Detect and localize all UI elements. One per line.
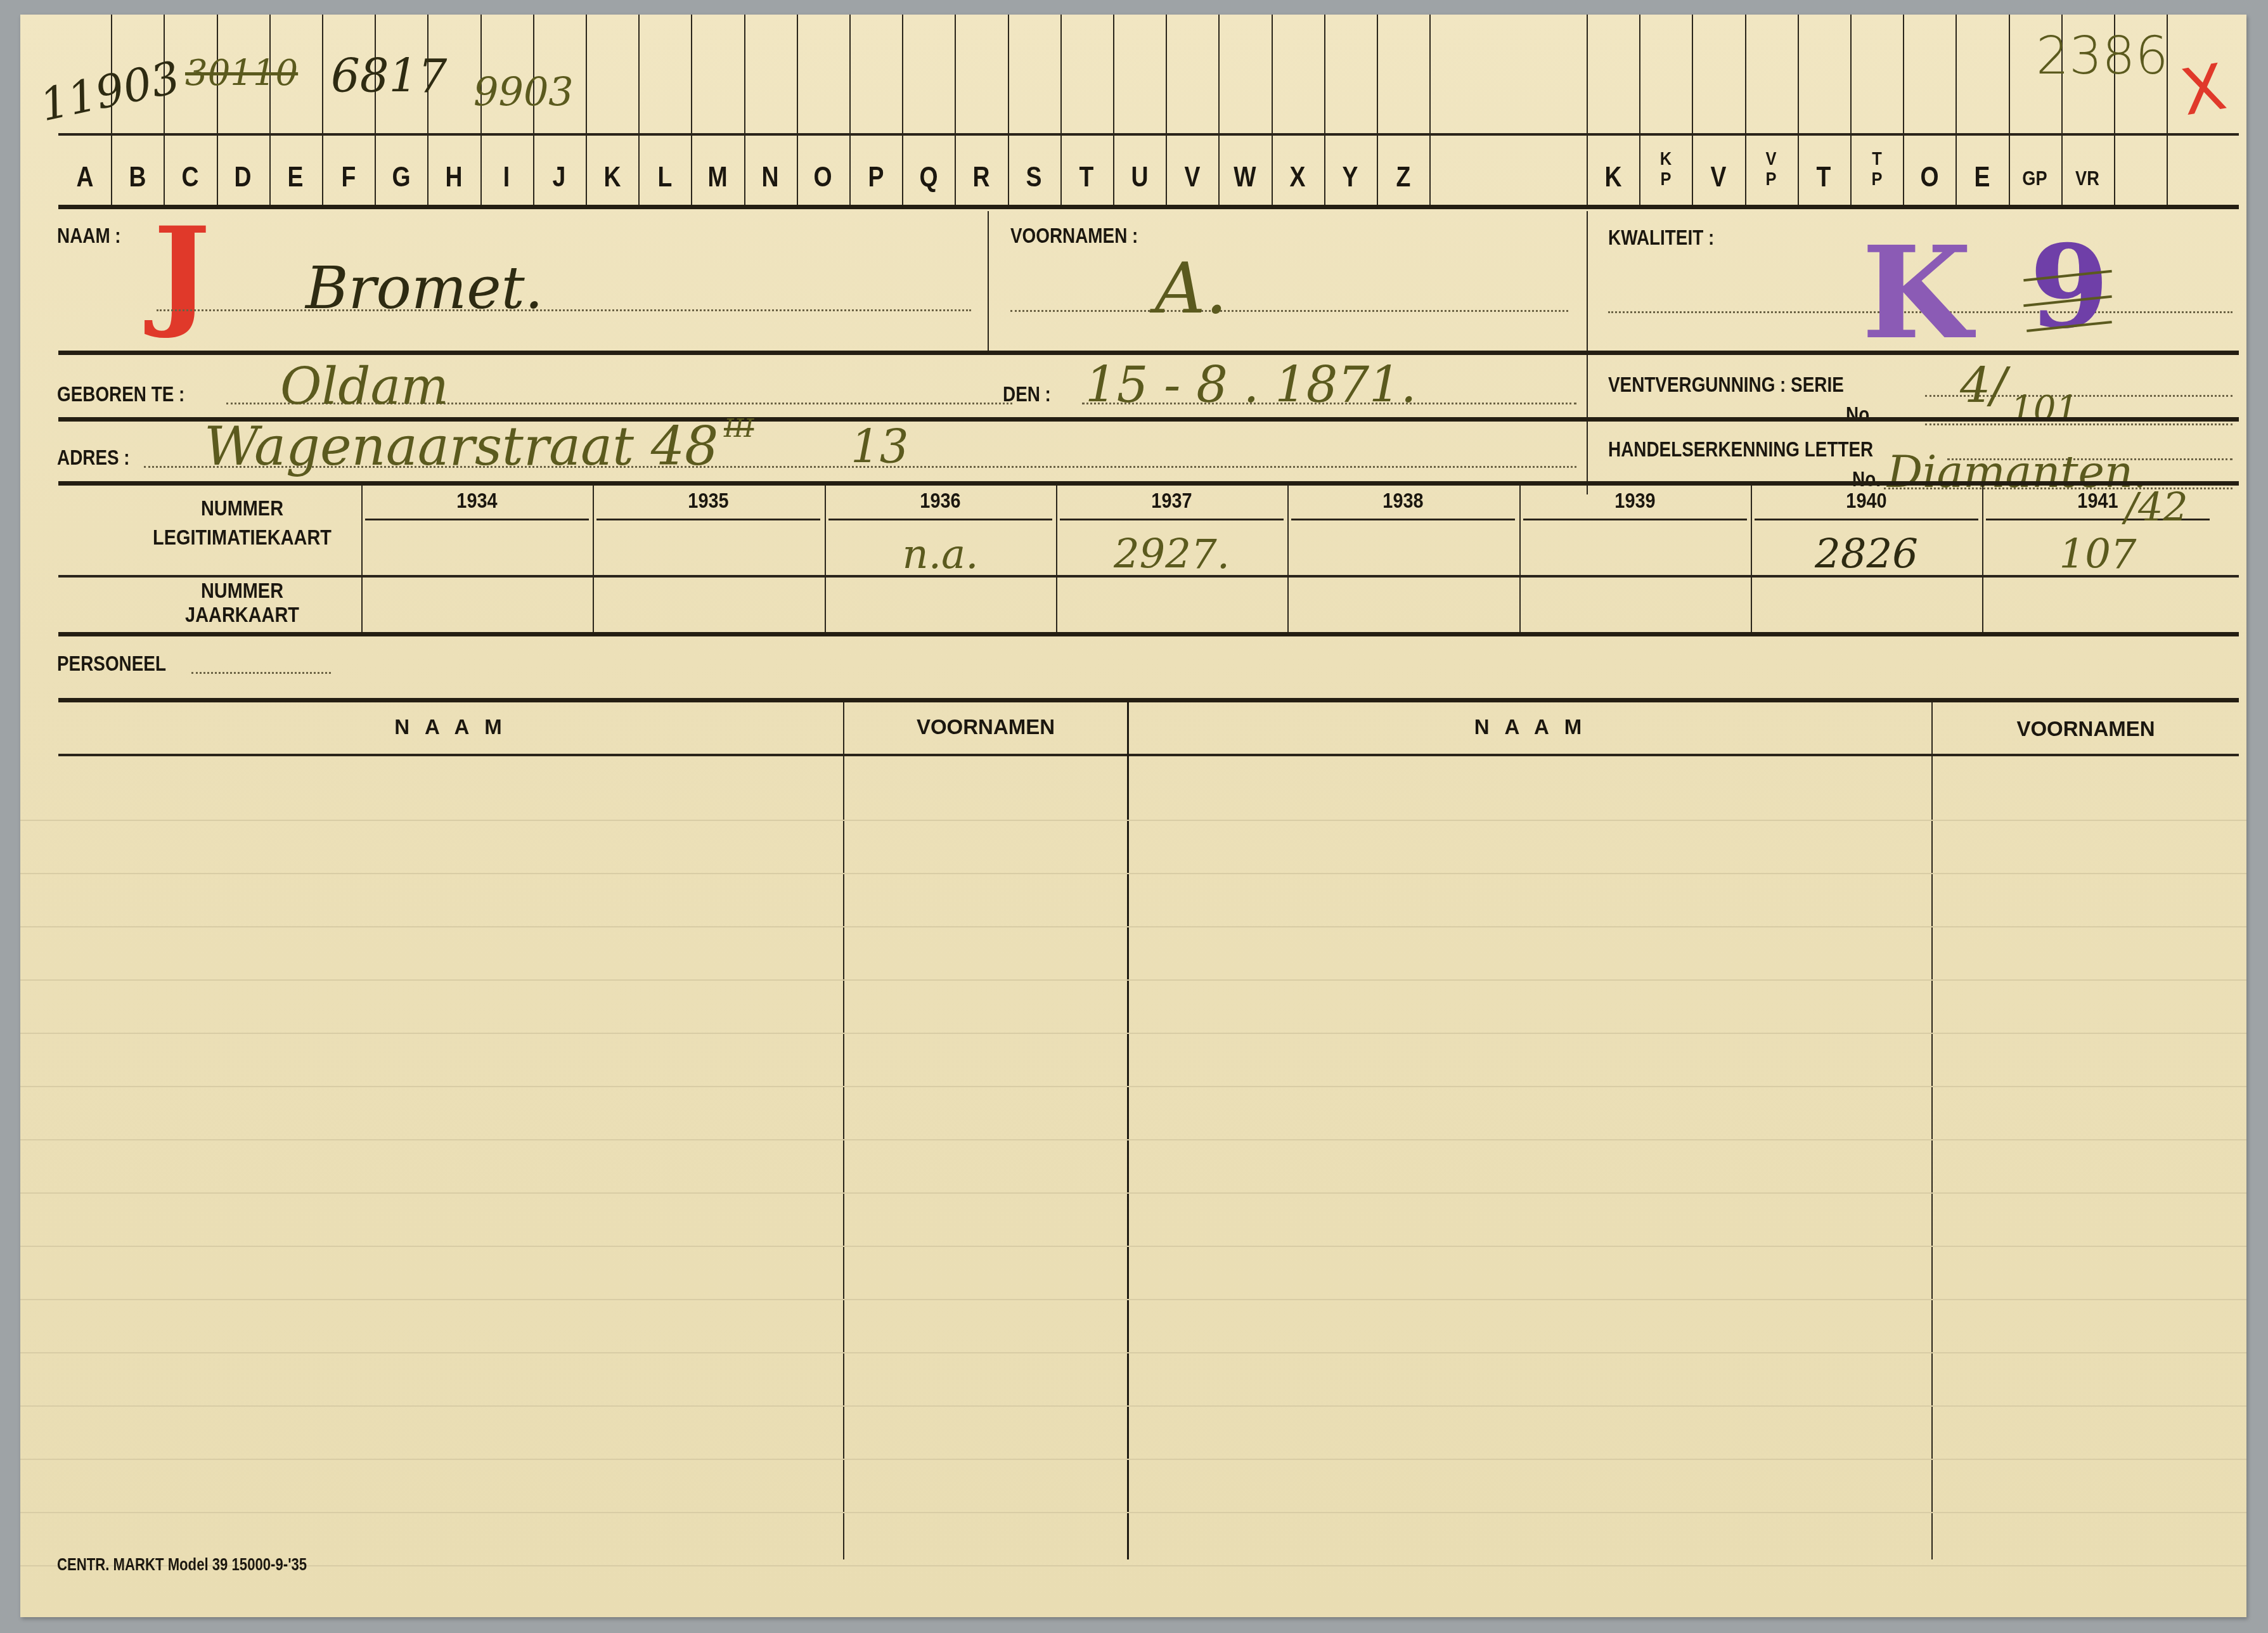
ruled-line [20, 820, 2246, 821]
year-table-bottom-line [58, 632, 2239, 636]
category-tab-top: V [1749, 149, 1793, 169]
tab-column-line [1218, 15, 1220, 205]
geboren-te-field: Oldam [280, 357, 449, 416]
adres-bottom-line [58, 481, 2239, 486]
naam-field: Bromet. [306, 254, 543, 322]
year-header-underline [1060, 519, 1284, 520]
tab-column-line [1745, 15, 1746, 205]
tab-column-line [1008, 15, 1009, 205]
tab-column-line [1587, 15, 1588, 205]
alphabet-tab-t[interactable]: T [1065, 162, 1108, 193]
alphabet-tab-x[interactable]: X [1276, 162, 1319, 193]
registration-card: 11903 30110 6817 9903 2386 X ABCDEFGHIJK… [20, 15, 2246, 1617]
tab-column-line [955, 15, 956, 205]
naam-line [157, 309, 971, 311]
tab-column-line [849, 15, 851, 205]
handwritten-number-4: 9903 [474, 68, 574, 115]
kwaliteit-stamp-9: 9 [2030, 224, 2109, 351]
ruled-line [20, 1192, 2246, 1194]
personnel-col-divider-3 [1931, 702, 1933, 1559]
tab-column-line [269, 15, 271, 205]
tab-column-line [1377, 15, 1378, 205]
legitimatiekaart-label-1: NUMMER [110, 496, 375, 521]
ruled-line [20, 1459, 2246, 1460]
tab-column-line [1850, 15, 1852, 205]
ruled-line [20, 1352, 2246, 1353]
year-header-1938: 1938 [1305, 489, 1501, 513]
alphabet-tab-v[interactable]: V [1171, 162, 1214, 193]
tab-column-line [1639, 15, 1640, 205]
alphabet-tab-a[interactable]: A [63, 162, 106, 193]
alphabet-tab-r[interactable]: R [960, 162, 1003, 193]
category-tab-top: O [1908, 162, 1951, 193]
ruled-line [20, 926, 2246, 927]
tab-column-line [2009, 15, 2010, 205]
ruled-line [20, 1565, 2246, 1566]
ruled-line [20, 873, 2246, 874]
alphabet-tab-d[interactable]: D [221, 162, 264, 193]
naam-bottom-line [58, 351, 2239, 355]
personnel-header-voornamen-1: VOORNAMEN [844, 715, 1127, 739]
tab-bottom-line [58, 205, 2239, 209]
tab-column-line [1166, 15, 1167, 205]
personnel-col-divider-2 [1127, 702, 1129, 1559]
tab-column-line [1903, 15, 1904, 205]
personeel-line [191, 672, 331, 674]
personnel-table-top-line [58, 698, 2239, 702]
category-tab-top: GP [2013, 167, 2056, 190]
year-col-line [1519, 486, 1521, 635]
jaarkaart-label-2: JAARKAART [110, 603, 375, 628]
alphabet-tab-y[interactable]: Y [1329, 162, 1372, 193]
tab-column-line [1324, 15, 1325, 205]
year-col-line [593, 486, 594, 635]
year-header-underline [596, 519, 820, 520]
alphabet-tab-u[interactable]: U [1118, 162, 1161, 193]
alphabet-tab-n[interactable]: N [749, 162, 792, 193]
year-header-1935: 1935 [610, 489, 806, 513]
tab-column-line [1956, 15, 1957, 205]
alphabet-tab-s[interactable]: S [1012, 162, 1055, 193]
naam-stamp-j: J [153, 211, 210, 332]
year-header-underline [1291, 519, 1515, 520]
ventvergunning-no-field: 101 [2011, 389, 2078, 430]
tab-column-line [217, 15, 218, 205]
year-header-underline [1755, 519, 1978, 520]
year-col-line [1287, 486, 1289, 635]
tab-column-line [1272, 15, 1273, 205]
alphabet-tab-q[interactable]: Q [907, 162, 950, 193]
tab-divider-line [58, 133, 2239, 136]
ventvergunning-no-line [1925, 423, 2233, 425]
tab-column-line [427, 15, 428, 205]
tab-column-line [691, 15, 692, 205]
category-tab-kp[interactable]: KP [1644, 149, 1687, 190]
tab-column-line [1692, 15, 1693, 205]
handelserkenning-label: HANDELSERKENNING LETTER [1608, 437, 1873, 462]
ruled-line [20, 1139, 2246, 1140]
alphabet-tab-m[interactable]: M [696, 162, 739, 193]
tab-column-line [744, 15, 745, 205]
ruled-line [20, 1246, 2246, 1247]
alphabet-tab-o[interactable]: O [801, 162, 844, 193]
alphabet-tab-g[interactable]: G [380, 162, 423, 193]
category-tab-top: K [1592, 162, 1635, 193]
legitimatiekaart-value-1936: n.a. [825, 531, 1056, 578]
ventvergunning-serie-field: 4/ [1960, 357, 2007, 413]
naam-label: NAAM : [57, 224, 121, 248]
category-tab-top: V [1697, 162, 1740, 193]
alphabet-tab-f[interactable]: F [327, 162, 370, 193]
alphabet-tab-h[interactable]: H [432, 162, 475, 193]
category-tab-top: E [1961, 162, 2004, 193]
alphabet-tab-e[interactable]: E [274, 162, 317, 193]
category-tab-top: T [1855, 149, 1898, 169]
ruled-line [20, 1299, 2246, 1300]
handwritten-number-3: 6817 [331, 49, 447, 103]
tab-column-line [164, 15, 165, 205]
personeel-label: PERSONEEL [57, 652, 166, 676]
category-tab-top: K [1644, 149, 1687, 169]
ruled-line [20, 1086, 2246, 1087]
tab-column-line [1060, 15, 1062, 205]
alphabet-tab-z[interactable]: Z [1382, 162, 1425, 193]
year-header-underline [1523, 519, 1747, 520]
tab-column-line [322, 15, 323, 205]
tab-column-line [586, 15, 587, 205]
alphabet-tab-b[interactable]: B [116, 162, 159, 193]
year-1941-annotation: /42 [2125, 484, 2188, 530]
personnel-header-naam-1: N A A M [58, 715, 843, 739]
legitimatiekaart-label-2: LEGITIMATIEKAART [110, 526, 375, 550]
adres-field: Wagenaarstraat 48 [204, 415, 719, 477]
ruled-line [20, 1512, 2246, 1513]
voornamen-field: A. [1155, 248, 1227, 329]
legitimatiekaart-value-1941: 107 [1982, 531, 2213, 578]
category-tab-bottom: P [1749, 169, 1793, 190]
red-x-mark: X [2175, 49, 2231, 130]
category-tab-t[interactable]: T [1802, 162, 1845, 193]
category-tab-v[interactable]: V [1697, 162, 1740, 193]
ventvergunning-no-label: No. [1846, 403, 1874, 427]
handwritten-number-1: 11903 [35, 51, 184, 132]
tab-column-line [638, 15, 640, 205]
handwritten-number-2-struck: 30110 [185, 53, 298, 94]
year-header-underline [828, 519, 1052, 520]
geboren-te-label: GEBOREN TE : [57, 382, 184, 407]
year-header-1936: 1936 [842, 489, 1038, 513]
ruled-line [20, 1405, 2246, 1407]
personnel-table-header-line [58, 754, 2239, 756]
voornamen-label: VOORNAMEN : [1010, 224, 1138, 248]
category-tab-tp[interactable]: TP [1855, 149, 1898, 190]
tab-column-line [1113, 15, 1114, 205]
legitimatiekaart-value-1937: 2927. [1056, 531, 1287, 578]
alphabet-tab-p[interactable]: P [854, 162, 898, 193]
category-tab-bottom: P [1644, 169, 1687, 190]
card-number: 2386 [2036, 26, 2168, 86]
alphabet-tab-i[interactable]: I [485, 162, 528, 193]
category-tab-k[interactable]: K [1592, 162, 1635, 193]
divider-right-block [1587, 355, 1588, 494]
year-table-mid-line [58, 575, 2239, 578]
ruled-line [20, 1033, 2246, 1034]
category-tab-top: T [1802, 162, 1845, 193]
tab-column-line [797, 15, 798, 205]
legitimatiekaart-value-1940: 2826 [1751, 531, 1982, 578]
jaarkaart-label-1: NUMMER [110, 579, 375, 603]
alphabet-tab-k[interactable]: K [591, 162, 634, 193]
year-header-underline [365, 519, 589, 520]
alphabet-tab-w[interactable]: W [1223, 162, 1266, 193]
kwaliteit-label: KWALITEIT : [1608, 226, 1714, 250]
year-header-1937: 1937 [1073, 489, 1270, 513]
category-tab-e[interactable]: E [1961, 162, 2004, 193]
alphabet-tab-c[interactable]: C [169, 162, 212, 193]
category-tab-gp[interactable]: GP [2013, 167, 2056, 190]
ruled-line [20, 979, 2246, 981]
year-header-1940: 1940 [1768, 489, 1964, 513]
personnel-header-voornamen-2: VOORNAMEN [1933, 717, 2239, 741]
divider-kwaliteit [1587, 211, 1588, 351]
ventvergunning-label: VENTVERGUNNING : SERIE [1608, 373, 1844, 397]
year-header-1939: 1939 [1537, 489, 1733, 513]
personnel-col-divider-1 [843, 702, 844, 1559]
adres-correction: 13 [851, 420, 909, 474]
category-tab-vr[interactable]: VR [2066, 167, 2109, 190]
den-field: 15 - 8 . 1871. [1085, 357, 1417, 414]
category-tab-o[interactable]: O [1908, 162, 1951, 193]
category-tab-bottom: P [1855, 169, 1898, 190]
den-label: DEN : [1003, 382, 1051, 407]
tab-column-line [1429, 15, 1431, 205]
tab-column-line [1798, 15, 1799, 205]
category-tab-vp[interactable]: VP [1749, 149, 1793, 190]
tab-column-line [375, 15, 376, 205]
alphabet-tab-j[interactable]: J [538, 162, 581, 193]
divider-voornamen [988, 211, 989, 351]
personnel-header-naam-2: N A A M [1130, 715, 1931, 739]
alphabet-tab-l[interactable]: L [643, 162, 686, 193]
category-tab-top: VR [2066, 167, 2109, 190]
adres-suffix: III [724, 414, 754, 443]
year-header-1934: 1934 [378, 489, 575, 513]
voornamen-line [1010, 310, 1568, 312]
tab-column-line [902, 15, 903, 205]
form-footer: CENTR. MARKT Model 39 15000-9-'35 [57, 1555, 307, 1575]
adres-label: ADRES : [57, 446, 130, 470]
kwaliteit-stamp-k: K [1862, 230, 1972, 357]
